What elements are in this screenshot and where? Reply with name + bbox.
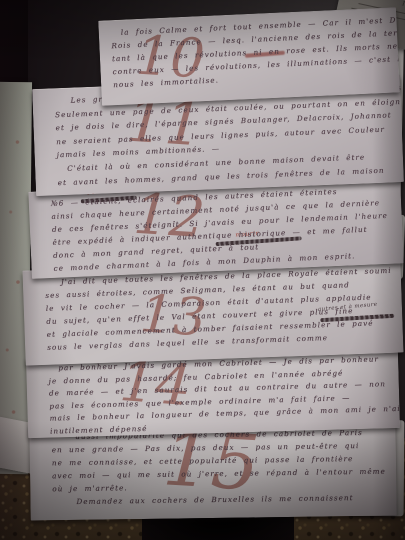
photo-of-handwritten-letter: 14 10 la fois Calme et fort tout ensembl… [0,0,405,540]
letter-sheet-page-10: 10 la fois Calme et fort tout ensemble —… [98,7,400,105]
letter-sheet-stack: 10 la fois Calme et fort tout ensemble —… [0,0,405,540]
